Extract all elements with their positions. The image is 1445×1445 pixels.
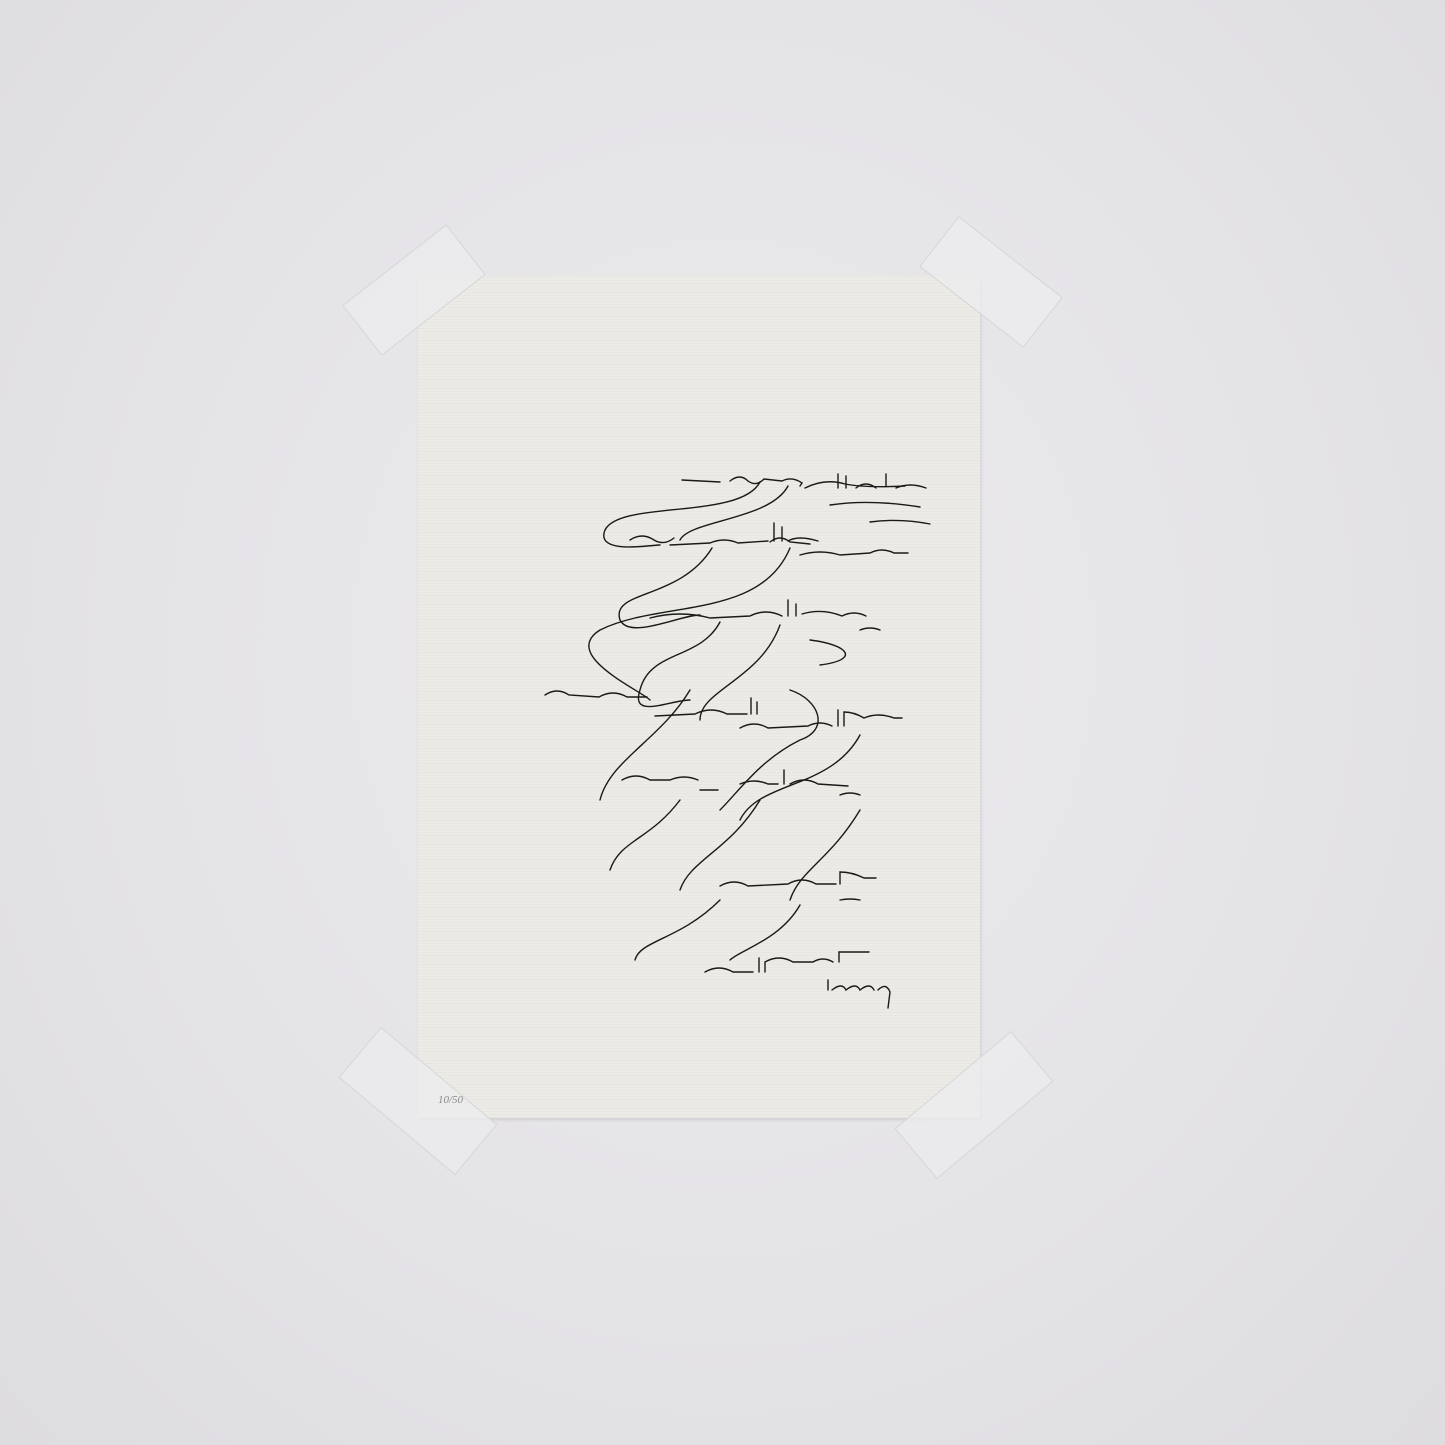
edition-number: 10/50 [438, 1094, 463, 1106]
calligraphy-drawing [0, 0, 1445, 1445]
